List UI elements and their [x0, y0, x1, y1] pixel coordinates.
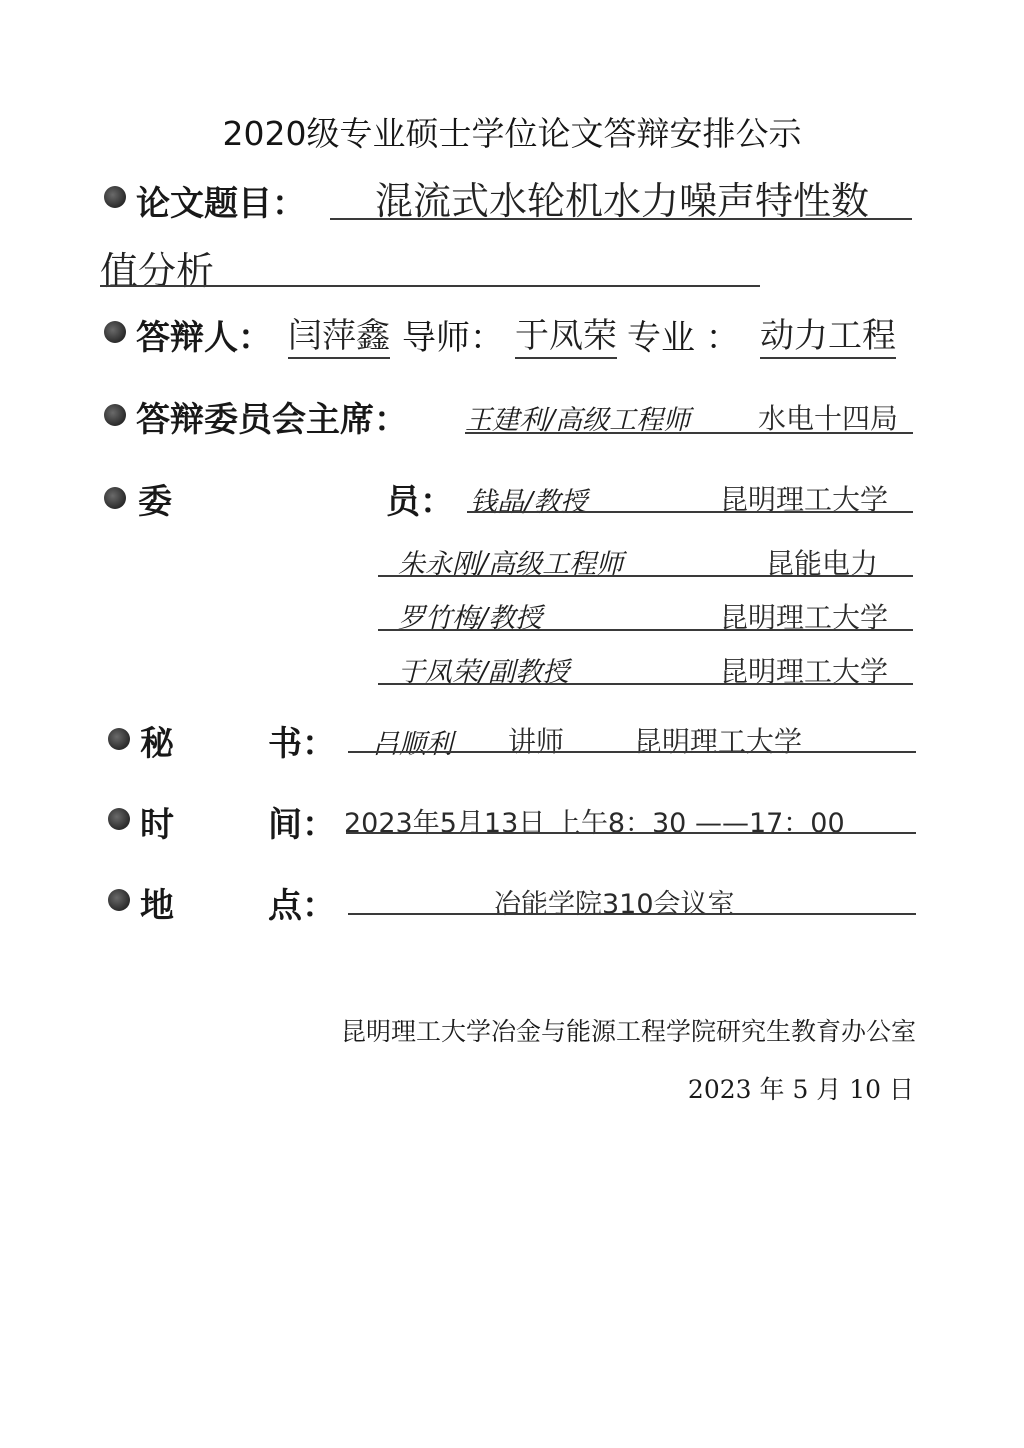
time-label-right: 间： — [268, 797, 336, 846]
secretary-name: 吕顺利 — [372, 722, 453, 761]
place-label-right: 点： — [268, 878, 336, 927]
advisor-label: 导师： — [402, 310, 504, 359]
member-name-title: 钱晶/教授 — [470, 480, 587, 519]
bullet-icon — [108, 808, 130, 830]
issue-date: 2023 年 5 月 10 日 — [688, 1070, 914, 1106]
member-underline — [378, 629, 913, 631]
secretary-org: 昆明理工大学 — [634, 720, 802, 760]
bullet-icon — [104, 321, 126, 343]
thesis-title-line1: 混流式水轮机水力噪声特性数 — [375, 170, 869, 225]
thesis-label: 论文题目： — [136, 176, 306, 225]
member-underline — [467, 511, 913, 513]
members-label-left: 委 — [138, 474, 172, 523]
page-title: 2020级专业硕士学位论文答辩安排公示 — [0, 108, 1024, 155]
bullet-icon — [104, 404, 126, 426]
major-value: 动力工程 — [760, 308, 896, 359]
place-label-left: 地 — [140, 878, 174, 927]
place-underline — [348, 913, 916, 915]
bullet-icon — [104, 186, 126, 208]
place-value: 冶能学院310会议室 — [494, 882, 735, 921]
advisor-name: 于凤荣 — [515, 308, 617, 359]
chair-label: 答辩委员会主席： — [136, 392, 408, 441]
members-label-right: 员： — [386, 474, 454, 523]
thesis-underline-1 — [330, 218, 912, 220]
secretary-label-left: 秘 — [140, 716, 174, 765]
secretary-title: 讲师 — [508, 720, 564, 760]
issuing-office: 昆明理工大学冶金与能源工程学院研究生教育办公室 — [341, 1012, 916, 1048]
bullet-icon — [104, 487, 126, 509]
defender-label: 答辩人： — [136, 310, 272, 359]
time-underline — [346, 832, 916, 834]
chair-org: 水电十四局 — [758, 397, 898, 437]
thesis-underline-2 — [100, 285, 760, 287]
member-underline — [378, 683, 913, 685]
member-underline — [378, 575, 913, 577]
defender-name: 闫萍鑫 — [288, 308, 390, 359]
chair-underline — [465, 432, 913, 434]
secretary-label-right: 书： — [268, 716, 336, 765]
time-label-left: 时 — [140, 797, 174, 846]
major-label: 专业 ： — [627, 310, 740, 359]
bullet-icon — [108, 889, 130, 911]
secretary-underline — [348, 751, 916, 753]
time-value: 2023年5月13日 上午8：30 ——17：00 — [344, 801, 845, 840]
bullet-icon — [108, 728, 130, 750]
